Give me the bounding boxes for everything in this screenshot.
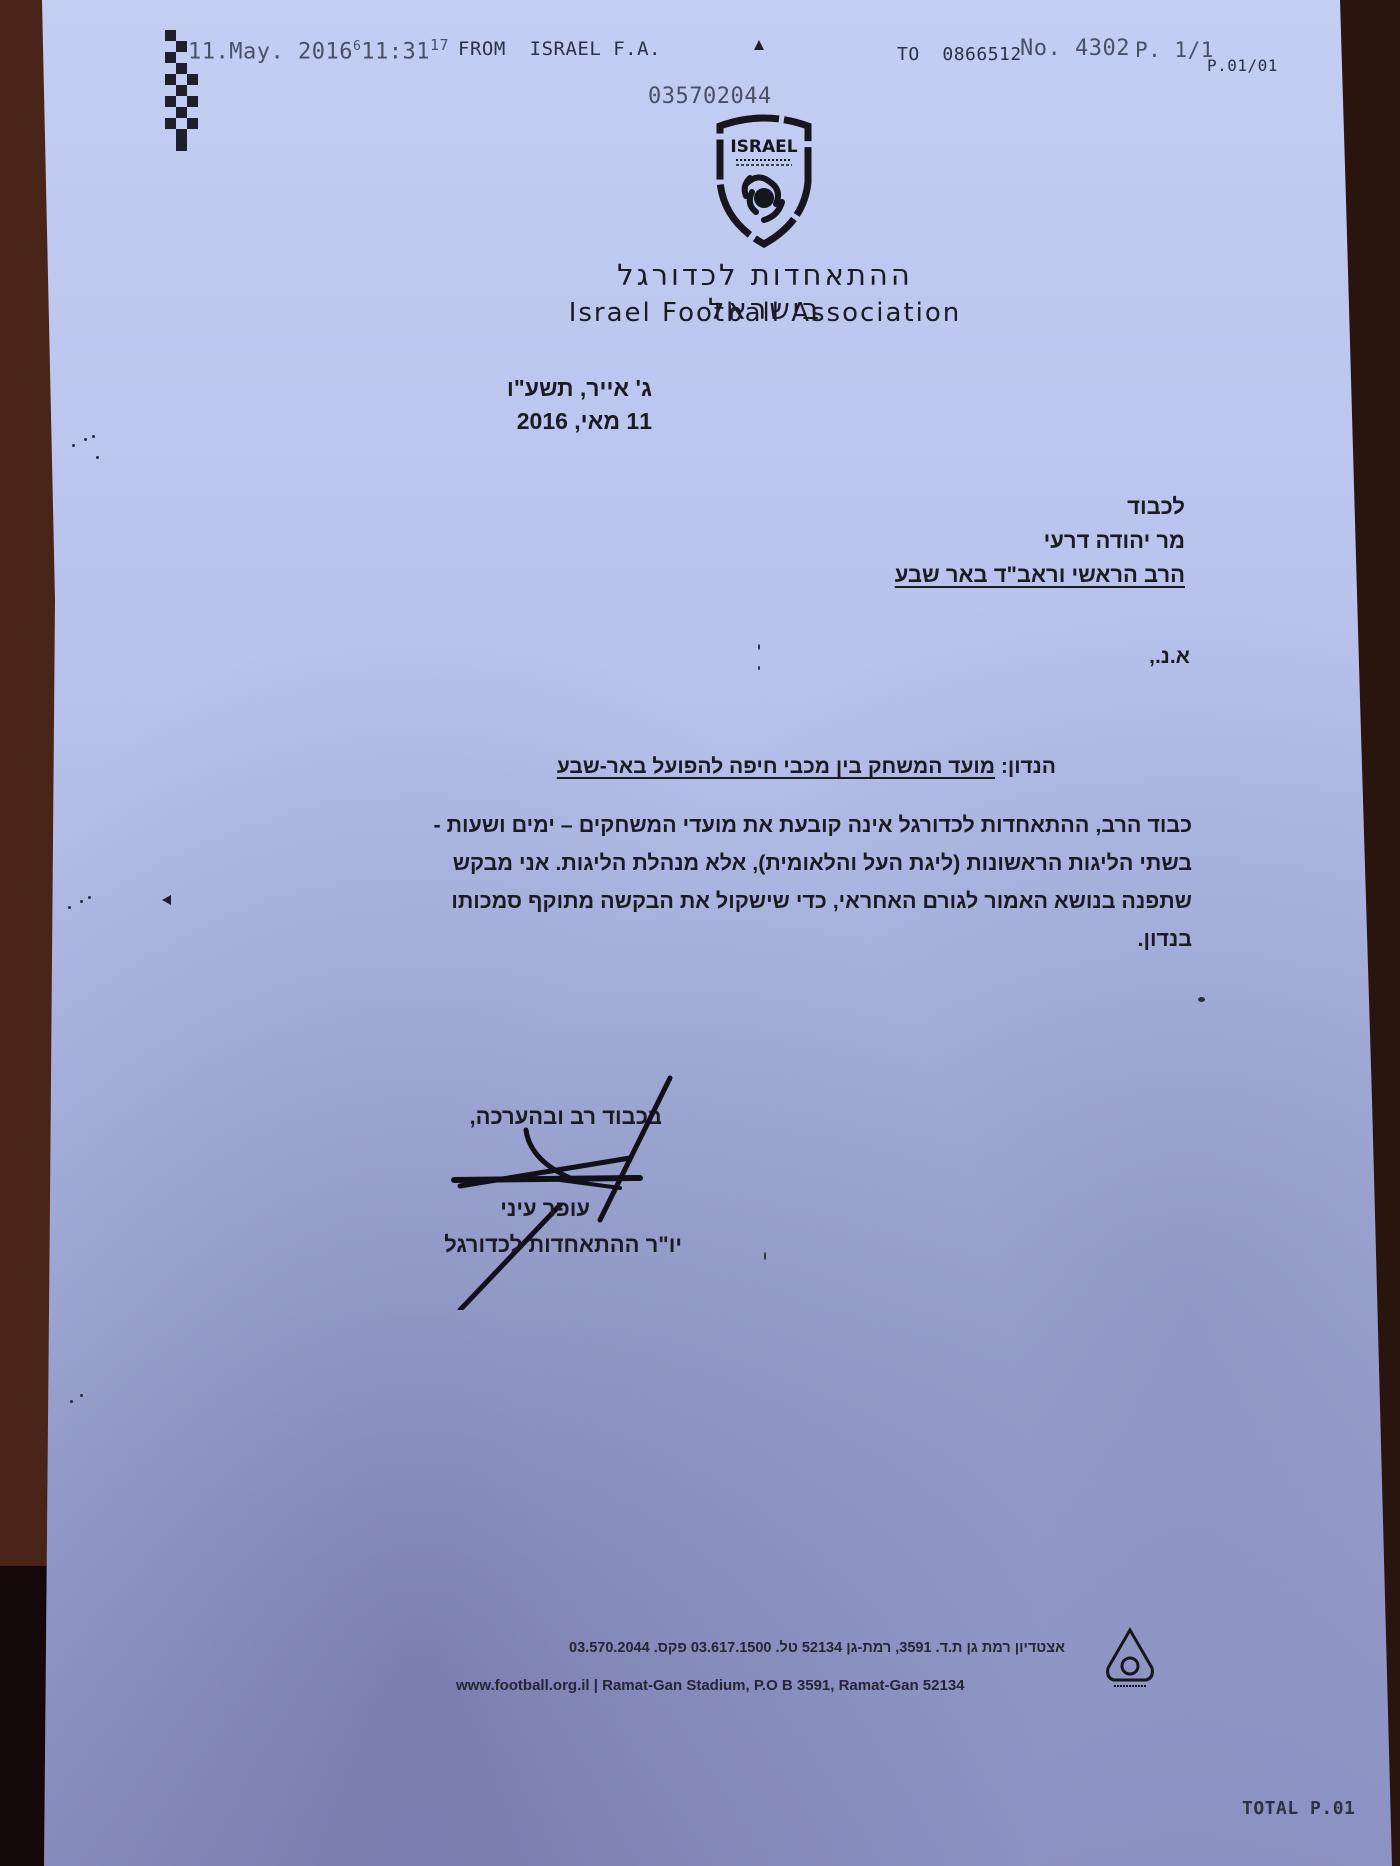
date-block: ג' אייר, תשע"ו 11 מאי, 2016 [400, 372, 652, 438]
fax-to-value: 0866512 [942, 44, 1021, 65]
fax-document: 11.May. 2016611:3117 FROM ISRAEL F.A. TO… [0, 0, 1400, 1866]
fax-speck [96, 456, 99, 459]
fax-speck [758, 644, 760, 650]
body-line: בנדון. [330, 920, 1192, 958]
svg-text:ISRAEL: ISRAEL [730, 137, 797, 157]
fax-speck [80, 900, 83, 903]
fax-timestamp: 11.May. 2016611:3117 [188, 36, 449, 64]
fax-time: 11:31 [361, 39, 430, 64]
fax-page: P. 1/1 [1135, 38, 1214, 62]
footer-address-english: www.football.org.il | Ramat-Gan Stadium,… [456, 1677, 965, 1694]
subject-line: הנדון: מועד המשחק בין מכבי חיפה להפועל ב… [420, 748, 1056, 786]
body-line: שתפנה בנושא האמור לגורם האחראי, כדי שישק… [330, 882, 1192, 920]
org-name-english: Israel Football Association [555, 298, 975, 328]
fax-speck [758, 666, 760, 670]
subject-text: מועד המשחק בין מכבי חיפה להפועל באר-שבע [557, 755, 995, 778]
fax-speck [68, 906, 71, 909]
fax-to: TO 0866512 [897, 44, 1022, 65]
fax-from: FROM ISRAEL F.A. [458, 38, 661, 60]
fax-total-pages: TOTAL P.01 [1242, 1798, 1355, 1819]
ifa-shield-icon: ISRAEL [706, 112, 822, 252]
fax-speck [80, 1394, 83, 1397]
fax-speck [1198, 997, 1205, 1002]
body-line: בשתי הליגות הראשונות (ליגת העל והלאומית)… [330, 844, 1192, 882]
recipient-title: הרב הראשי וראב"ד באר שבע [800, 558, 1185, 592]
fax-speck [84, 438, 87, 441]
fax-speck [70, 1400, 73, 1403]
fax-date: 11.May. 2016 [188, 39, 353, 64]
fax-from-value: ISRAEL F.A. [530, 38, 661, 60]
fax-time-suffix: 17 [430, 36, 449, 54]
body-line: כבוד הרב, ההתאחדות לכדורגל אינה קובעת את… [330, 806, 1192, 844]
recipient-name: מר יהודה דרעי [800, 524, 1185, 558]
sender-fax-number: 035702044 [648, 84, 772, 109]
ifa-logo: ISRAEL [706, 112, 822, 252]
signer-title: יו"ר ההתאחדות לכדורגל [400, 1226, 682, 1264]
fax-speck [764, 1252, 766, 1260]
hebrew-date: ג' אייר, תשע"ו [400, 372, 652, 405]
fax-speck [92, 435, 95, 438]
subject-label: הנדון: [1001, 755, 1056, 778]
letter-body: כבוד הרב, ההתאחדות לכדורגל אינה קובעת את… [330, 806, 1192, 958]
fax-speck [88, 896, 91, 899]
fax-from-label: FROM [458, 38, 506, 60]
greeting: א.נ., [1040, 638, 1190, 676]
recipient-block: לכבוד מר יהודה דרעי הרב הראשי וראב"ד באר… [800, 490, 1185, 592]
fax-marker-left-icon [162, 895, 171, 905]
footer-logo-icon [1100, 1626, 1160, 1690]
fax-page-code: P.01/01 [1207, 56, 1278, 75]
signer-name: עופר עיני [460, 1190, 590, 1228]
fax-marker-triangle-icon [754, 40, 764, 50]
fax-speck [72, 444, 75, 447]
fax-number: No. 4302 [1020, 36, 1130, 61]
gregorian-date: 11 מאי, 2016 [400, 405, 652, 438]
recipient-salutation: לכבוד [800, 490, 1185, 524]
fax-to-label: TO [897, 44, 920, 65]
footer-address-hebrew: אצטדיון רמת גן ת.ד. 3591, רמת-גן 52134 ט… [440, 1640, 1065, 1656]
